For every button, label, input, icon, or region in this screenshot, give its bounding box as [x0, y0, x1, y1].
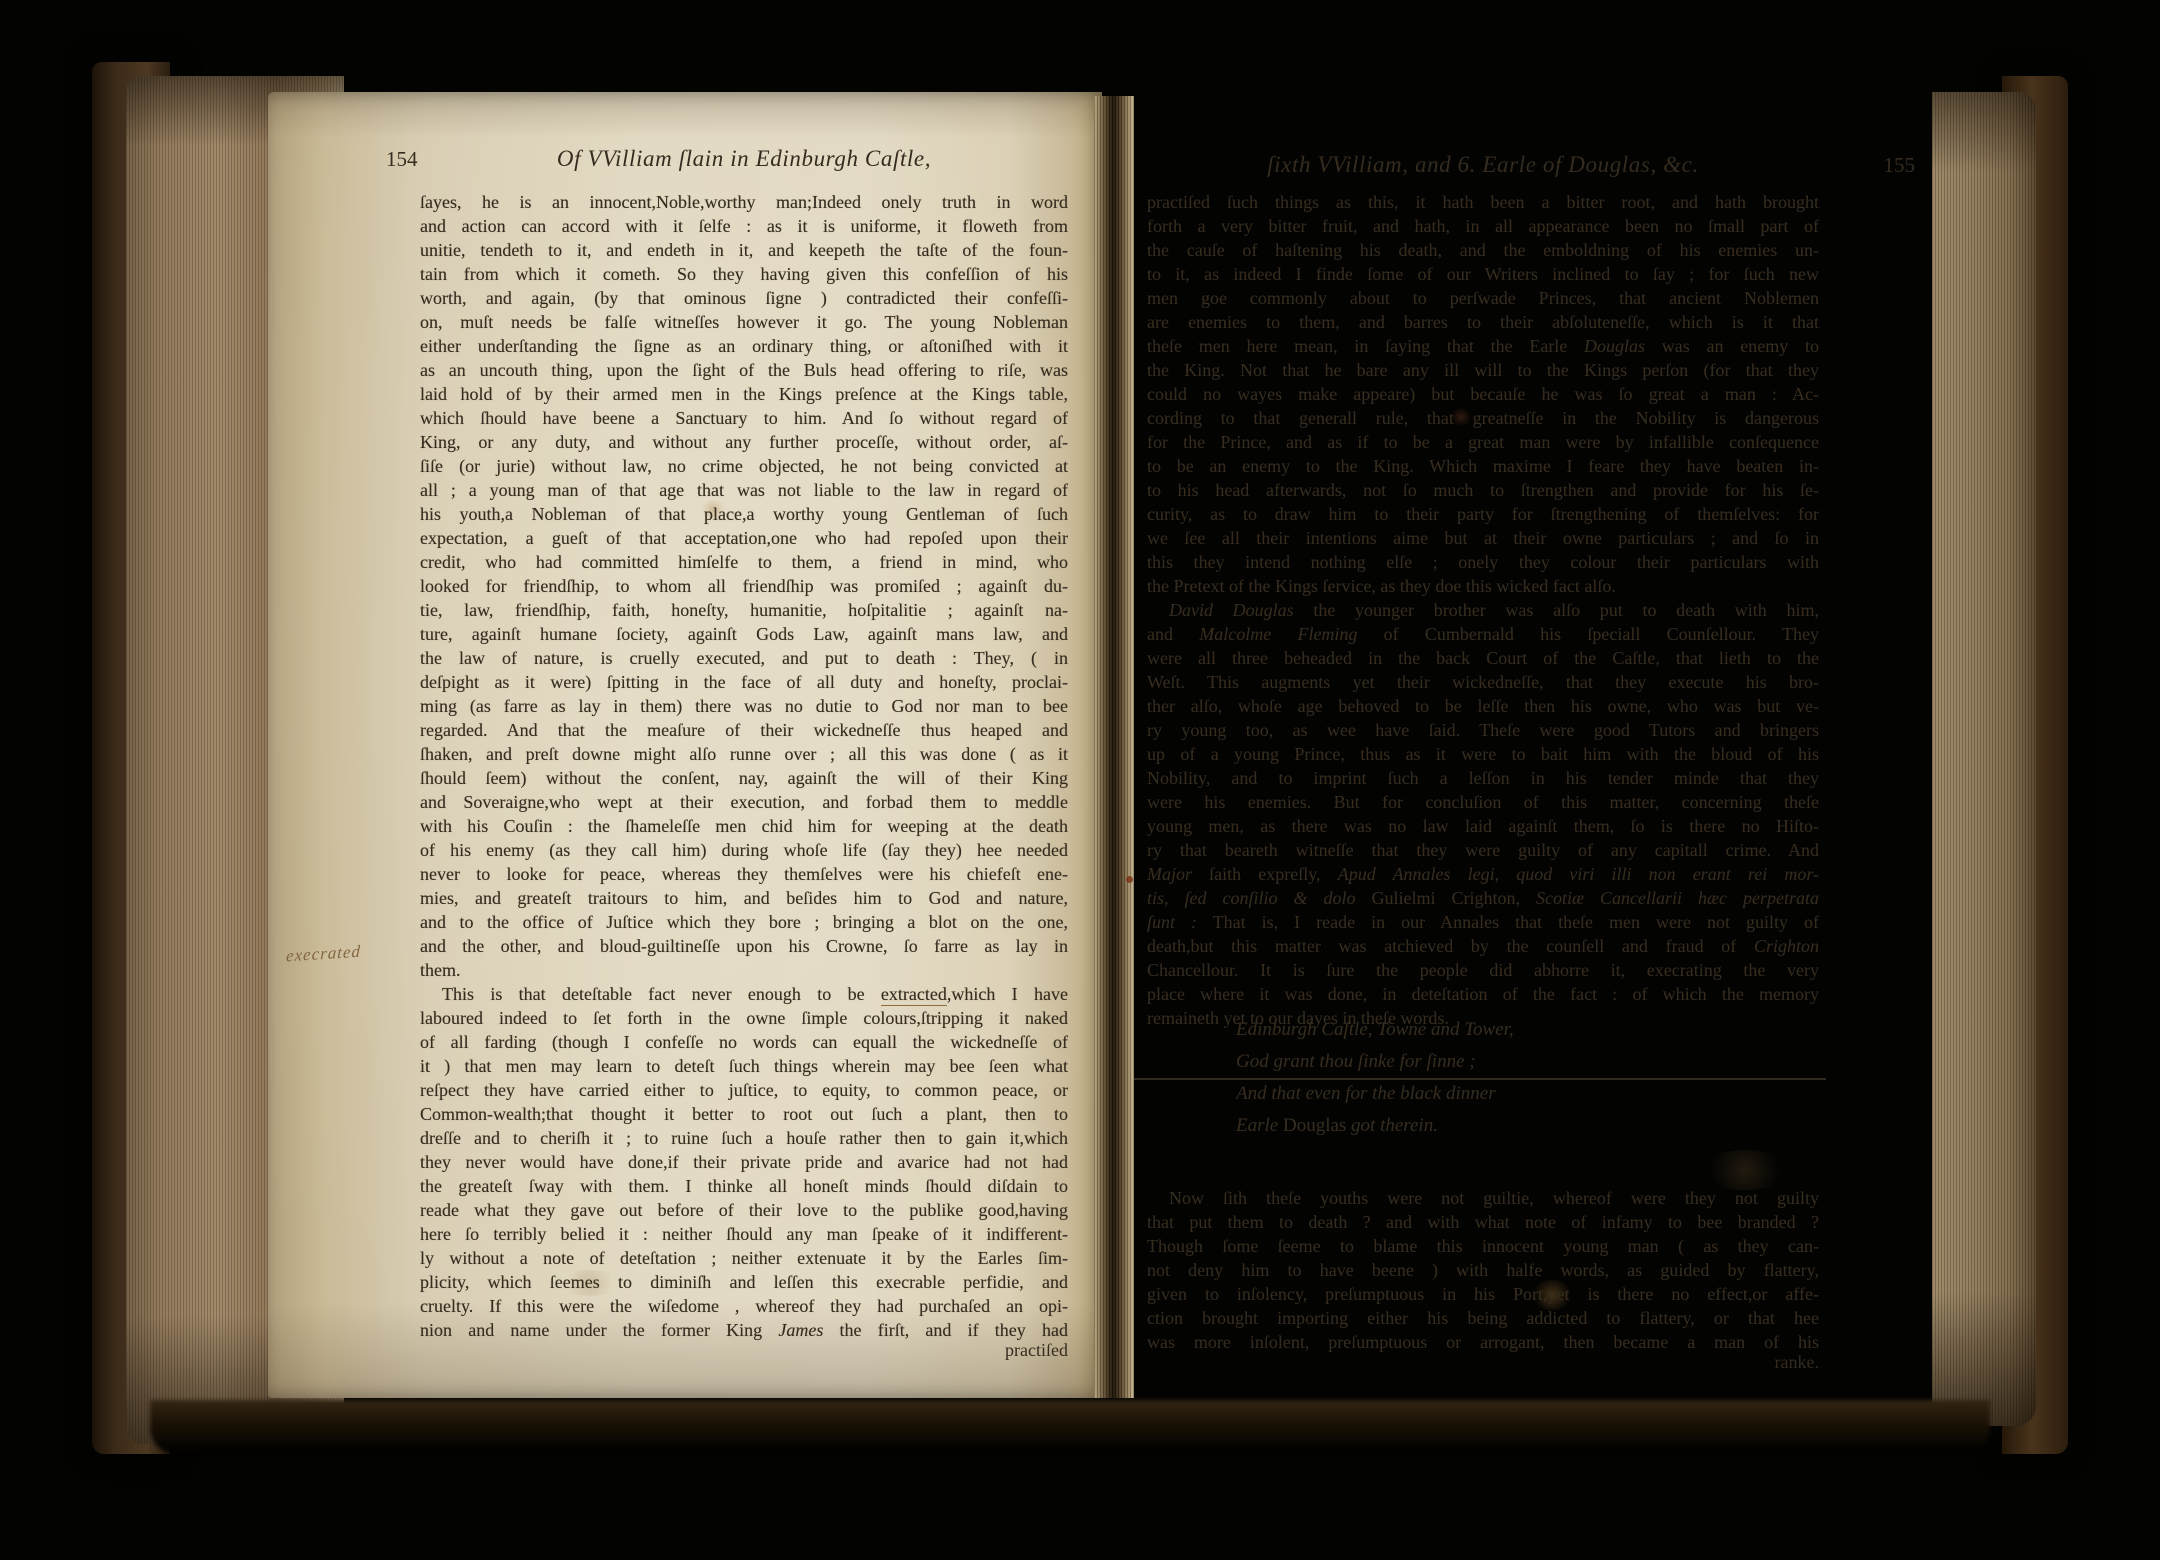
- text-line: are enemies to them, and barres to their…: [1147, 310, 1819, 334]
- text-line: And that even for the black dinner: [1236, 1078, 1796, 1110]
- text-line: up of a young Prince, thus as it were to…: [1147, 742, 1819, 766]
- left-running-title: Of VVilliam ſlain in Edinburgh Caſtle,: [420, 144, 1068, 174]
- text-line: laboured indeed to ſet forth in the owne…: [420, 1006, 1068, 1030]
- text-line: and to the office of Juſtice which they …: [420, 910, 1068, 934]
- text-line: Nobility, and to imprint ſuch a leſſon i…: [1147, 766, 1819, 790]
- text-line: with his Couſin : the ſhameleſſe men chi…: [420, 814, 1068, 838]
- text-line: Though ſome ſeeme to blame this innocent…: [1147, 1234, 1819, 1258]
- text-line: curity, as to draw him to their party fo…: [1147, 502, 1819, 526]
- text-line: men goe commonly about to perſwade Princ…: [1147, 286, 1819, 310]
- text-line: tis, ſed conſilio & dolo Gulielmi Cright…: [1147, 886, 1819, 910]
- text-line: reade what they gave out before of their…: [420, 1198, 1068, 1222]
- text-line: to it, as indeed I finde ſome of our Wri…: [1147, 262, 1819, 286]
- text-line: ſiſe (or jurie) without law, no crime ob…: [420, 454, 1068, 478]
- text-line: the Pretext of the Kings ſervice, as the…: [1147, 574, 1819, 598]
- text-line: This is that deteſtable fact never enoug…: [420, 982, 1068, 1006]
- text-line: Weſt. This augments yet their wickedneſſ…: [1147, 670, 1819, 694]
- text-line: theſe men here mean, in ſaying that the …: [1147, 334, 1819, 358]
- book-gutter: [1094, 96, 1134, 1398]
- text-line: practiſed ſuch things as this, it hath b…: [1147, 190, 1819, 214]
- ink-rule-line: [1134, 1078, 1826, 1080]
- text-line: could no wayes make appeare) but becauſe…: [1147, 382, 1819, 406]
- text-line: it ) that men may learn to deteſt ſuch t…: [420, 1054, 1068, 1078]
- text-line: Edinburgh Caſtle, Towne and Tower,: [1236, 1014, 1796, 1046]
- text-line: dreſſe and to cheriſh it ; to ruine ſuch…: [420, 1126, 1068, 1150]
- right-text-column: practiſed ſuch things as this, it hath b…: [1147, 190, 1819, 1030]
- text-line: either underſtanding the ſigne as an ord…: [420, 334, 1068, 358]
- text-line: mies, and greateſt traitours to him, and…: [420, 886, 1068, 910]
- text-line: ly without a note of deteſtation ; neith…: [420, 1246, 1068, 1270]
- right-running-title: ſixth VVilliam, and 6. Earle of Douglas,…: [1147, 150, 1819, 180]
- right-catchword: ranke.: [1147, 1352, 1819, 1373]
- text-line: tie, law, friendſhip, faith, honeſty, hu…: [420, 598, 1068, 622]
- text-line: laid hold of by their armed men in the K…: [420, 382, 1068, 406]
- photo-background: 154 Of VVilliam ſlain in Edinburgh Caſtl…: [0, 0, 2160, 1560]
- text-line: unitie, tendeth to it, and endeth in it,…: [420, 238, 1068, 262]
- text-line: and the other, and bloud-guiltineſſe upo…: [420, 934, 1068, 958]
- text-line: ction brought importing either his being…: [1147, 1306, 1819, 1330]
- margin-ink-dot: [1126, 876, 1133, 883]
- right-running-header: ſixth VVilliam, and 6. Earle of Douglas,…: [1147, 150, 1819, 182]
- text-line: worth, and again, (by that ominous ſigne…: [420, 286, 1068, 310]
- text-line: Major ſaith expreſly, Apud Annales legi,…: [1147, 862, 1819, 886]
- text-line: to his head afterwards, not ſo much to ſ…: [1147, 478, 1819, 502]
- text-line: place where it was done, in deteſtation …: [1147, 982, 1819, 1006]
- text-line: looked for friendſhip, to whom all frien…: [420, 574, 1068, 598]
- text-line: given to inſolency, preſumptuous in his …: [1147, 1282, 1819, 1306]
- text-line: death,but this matter was atchieved by t…: [1147, 934, 1819, 958]
- text-line: deſpight as it were) ſpitting in the fac…: [420, 670, 1068, 694]
- text-line: ming (as farre as lay in them) there was…: [420, 694, 1068, 718]
- text-line: ry young too, as wee have ſaid. Theſe we…: [1147, 718, 1819, 742]
- text-line: the greateſt ſway with them. I thinke al…: [420, 1174, 1068, 1198]
- text-line: as an uncouth thing, upon the ſight of t…: [420, 358, 1068, 382]
- text-line: and Malcolme Fleming of Cumbernald his ſ…: [1147, 622, 1819, 646]
- left-page-number: 154: [386, 147, 418, 172]
- text-line: that put them to death ? and with what n…: [1147, 1210, 1819, 1234]
- text-line: this they intend nothing elſe ; onely th…: [1147, 550, 1819, 574]
- text-line: nion and name under the former King Jame…: [420, 1318, 1068, 1342]
- text-line: reſpect they have carried either to juſt…: [420, 1078, 1068, 1102]
- text-line: the law of nature, is cruelly executed, …: [420, 646, 1068, 670]
- text-line: plicity, which ſeemes to diminiſh and le…: [420, 1270, 1068, 1294]
- text-line: for the Prince, and as if to be a great …: [1147, 430, 1819, 454]
- text-line: cruelty. If this were the wiſedome , whe…: [420, 1294, 1068, 1318]
- text-line: and action can accord with it ſelfe : as…: [420, 214, 1068, 238]
- text-line: here ſo terribly belied it : neither ſho…: [420, 1222, 1068, 1246]
- text-line: David Douglas the younger brother was al…: [1147, 598, 1819, 622]
- text-line: of his enemy (as they call him) during w…: [420, 838, 1068, 862]
- text-line: which ſhould have beene a Sanctuary to h…: [420, 406, 1068, 430]
- right-page-number: 155: [1884, 153, 1916, 178]
- left-text-column: ſayes, he is an innocent,Noble,worthy ma…: [420, 190, 1068, 1342]
- text-line: ſayes, he is an innocent,Noble,worthy ma…: [420, 190, 1068, 214]
- text-line: Common-wealth;that thought it better to …: [420, 1102, 1068, 1126]
- text-line: they never would have done,if their priv…: [420, 1150, 1068, 1174]
- text-line: God grant thou ſinke for ſinne ;: [1236, 1046, 1796, 1078]
- text-line: credit, who had committed himſelfe to th…: [420, 550, 1068, 574]
- bottom-page-stack-shadow: [150, 1400, 1990, 1454]
- text-line: cording to that generall rule, that grea…: [1147, 406, 1819, 430]
- text-line: young men, as there was no law laid agai…: [1147, 814, 1819, 838]
- text-line: King, or any duty, and without any furth…: [420, 430, 1068, 454]
- text-line: ſhould ſeem) without the conſent, nay, a…: [420, 766, 1068, 790]
- text-line: Now ſith theſe youths were not guiltie, …: [1147, 1186, 1819, 1210]
- text-line: never to looke for peace, whereas they t…: [420, 862, 1068, 886]
- text-line: we ſee all their intentions aime but at …: [1147, 526, 1819, 550]
- text-line: ther alſo, whoſe age behoved to be leſſe…: [1147, 694, 1819, 718]
- text-line: of all farding (though I confeſſe no wor…: [420, 1030, 1068, 1054]
- text-line: Chancellour. It is ſure the people did a…: [1147, 958, 1819, 982]
- text-line: them.: [420, 958, 1068, 982]
- right-closing-paragraph: Now ſith theſe youths were not guiltie, …: [1147, 1186, 1819, 1354]
- text-line: were all three beheaded in the back Cour…: [1147, 646, 1819, 670]
- text-line: tain from which it cometh. So they havin…: [420, 262, 1068, 286]
- left-catchword: practiſed: [420, 1340, 1068, 1361]
- text-line: not deny him to have beene ) with halfe …: [1147, 1258, 1819, 1282]
- text-line: expectation, a gueſt of that acceptation…: [420, 526, 1068, 550]
- text-line: Earle Douglas got therein.: [1236, 1110, 1796, 1142]
- text-line: his youth,a Nobleman of that place,a wor…: [420, 502, 1068, 526]
- text-line: the cauſe of haſtening his death, and th…: [1147, 238, 1819, 262]
- text-line: and Soveraigne,who wept at their executi…: [420, 790, 1068, 814]
- text-line: were his enemies. But for concluſion of …: [1147, 790, 1819, 814]
- text-line: the King. Not that he bare any ill will …: [1147, 358, 1819, 382]
- text-line: ſhaken, and preſt downe might alſo runne…: [420, 742, 1068, 766]
- text-line: forth a very bitter fruit, and hath, in …: [1147, 214, 1819, 238]
- left-running-header: 154 Of VVilliam ſlain in Edinburgh Caſtl…: [420, 144, 1068, 176]
- text-line: was more inſolent, preſumptuous or arrog…: [1147, 1330, 1819, 1354]
- text-line: regarded. And that the meaſure of their …: [420, 718, 1068, 742]
- text-line: ſunt : That is, I reade in our Annales t…: [1147, 910, 1819, 934]
- text-line: on, muſt needs be falſe witneſſes howeve…: [420, 310, 1068, 334]
- text-line: to be an enemy to the King. Which maxime…: [1147, 454, 1819, 478]
- text-line: ry that beareth witneſſe that they were …: [1147, 838, 1819, 862]
- text-line: ture, againſt humane ſociety, againſt Go…: [420, 622, 1068, 646]
- text-line: all ; a young man of that age that was n…: [420, 478, 1068, 502]
